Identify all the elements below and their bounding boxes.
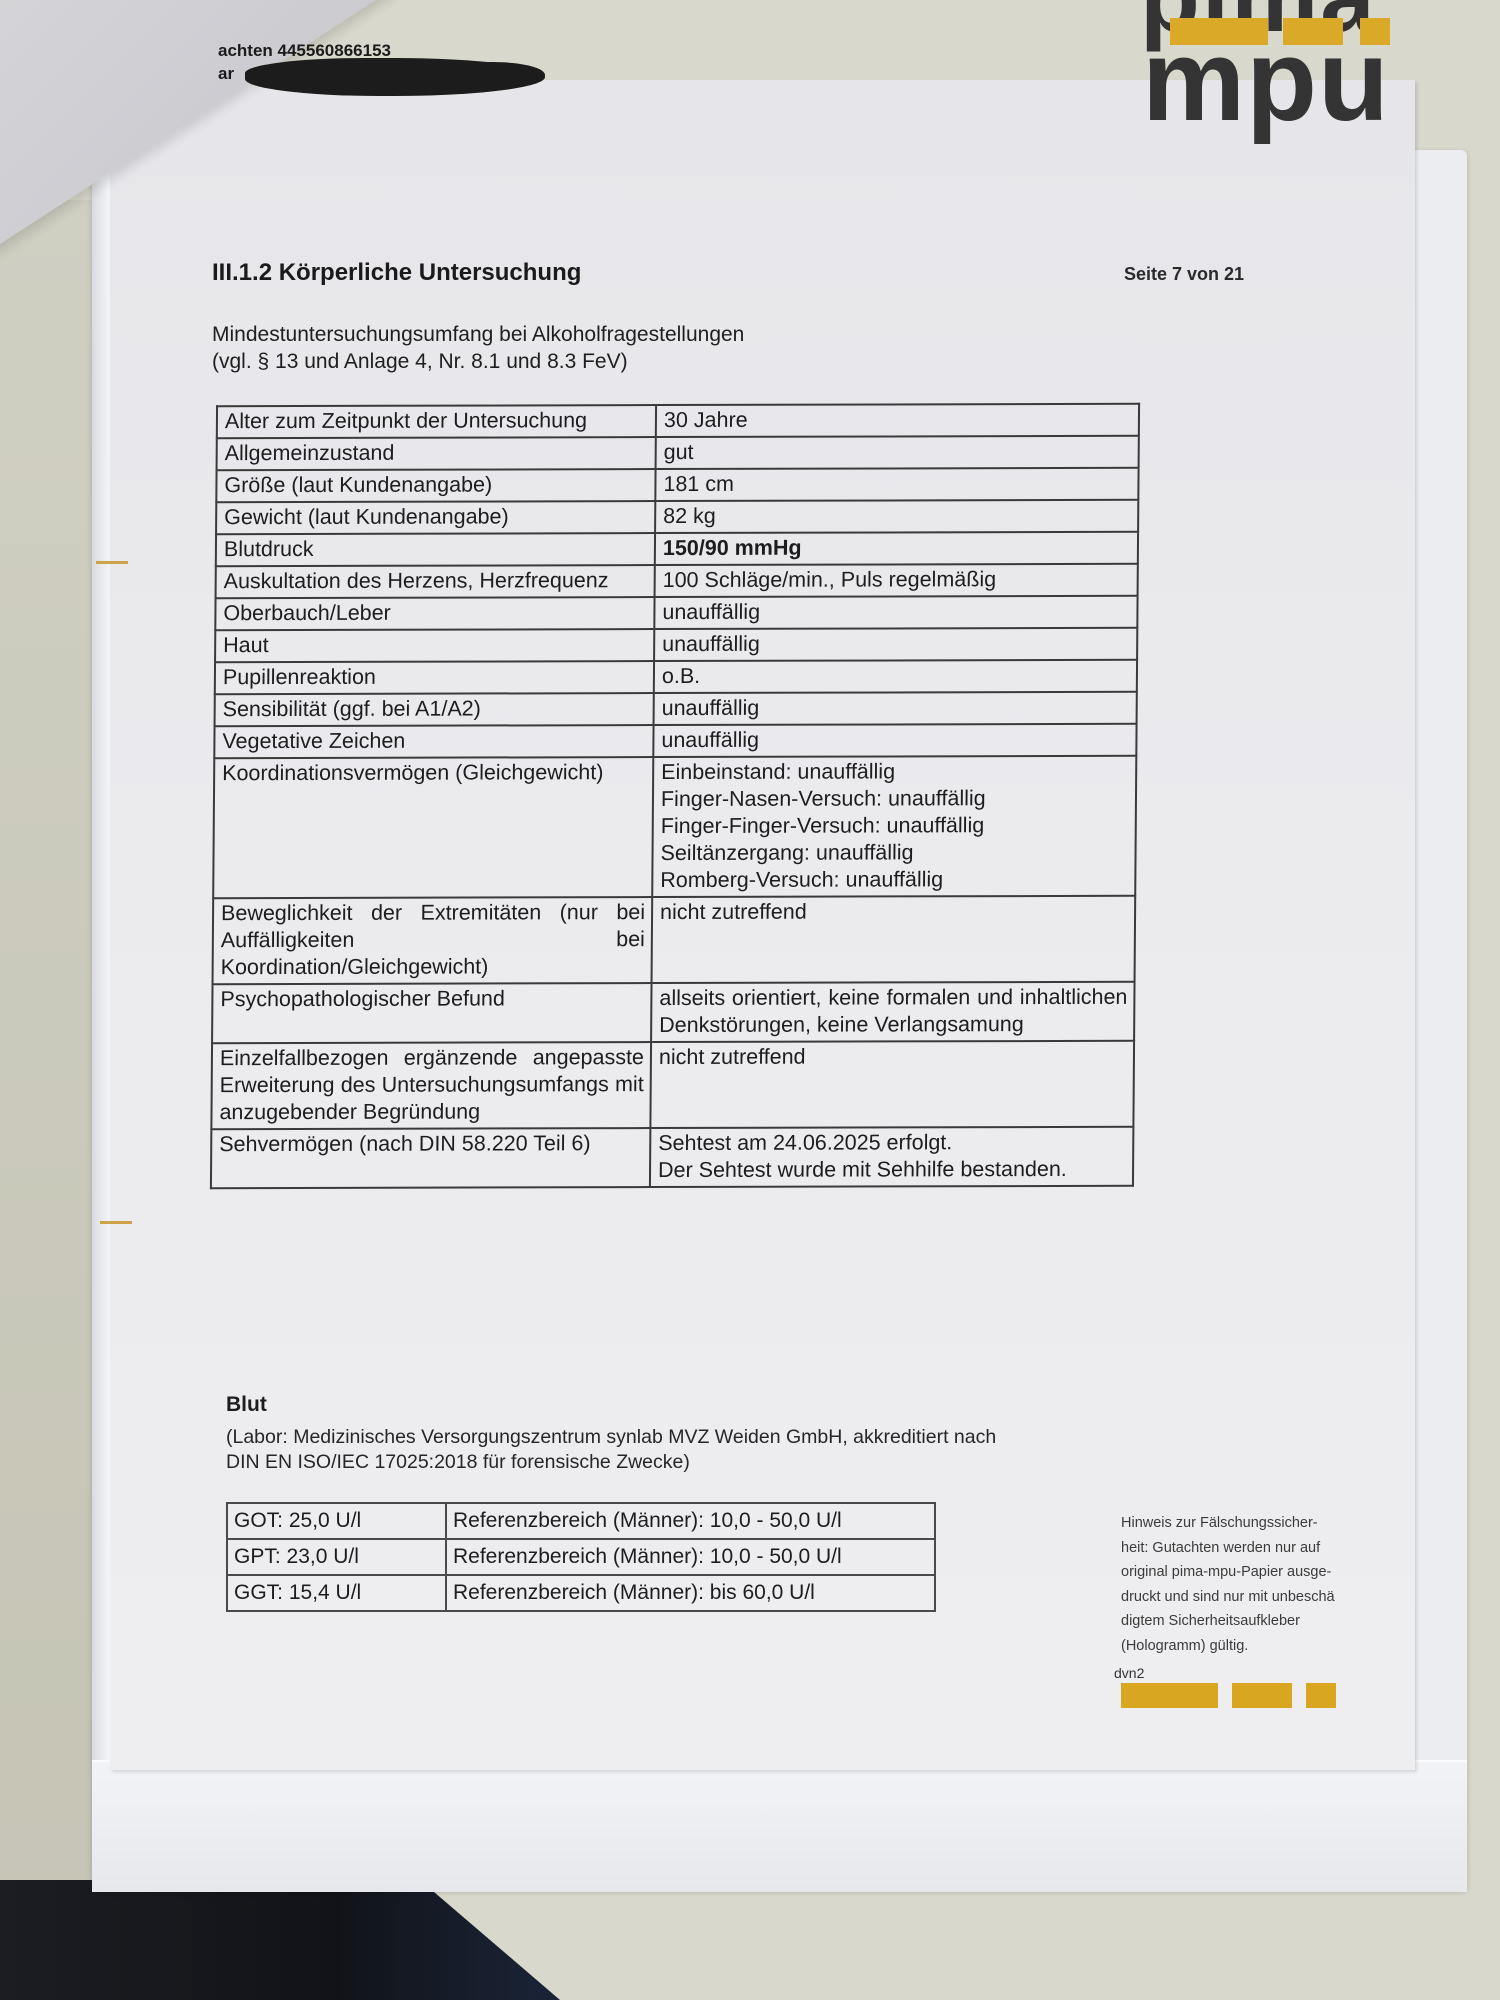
exam-label: Einzelfallbezogen ergänzende angepasste …	[211, 1042, 651, 1129]
exam-value: 30 Jahre	[656, 404, 1139, 437]
exam-value: 82 kg	[655, 500, 1138, 533]
blood-section-title: Blut	[226, 1393, 267, 1417]
table-row: Auskultation des Herzens, Herzfrequenz10…	[216, 564, 1138, 598]
table-row: Beweglichkeit der Extremitäten (nur bei …	[213, 896, 1136, 984]
footer-bar	[1232, 1683, 1292, 1708]
exam-value: o.B.	[654, 660, 1137, 693]
table-row: Einzelfallbezogen ergänzende angepasste …	[211, 1041, 1134, 1129]
examination-table: Alter zum Zeitpunkt der Untersuchung30 J…	[210, 403, 1140, 1189]
exam-value: unauffällig	[653, 724, 1136, 757]
lab-reference: Referenzbereich (Männer): 10,0 - 50,0 U/…	[446, 1539, 935, 1575]
security-note-line: druckt und sind nur mit unbeschä	[1121, 1585, 1386, 1610]
exam-label: Oberbauch/Leber	[215, 597, 654, 630]
reference-line-2: ar	[218, 64, 234, 84]
redaction-mark	[440, 62, 545, 88]
security-note-line: original pima-mpu-Papier ausge-	[1121, 1560, 1386, 1585]
footer-bar	[1121, 1683, 1218, 1708]
page-number: Seite 7 von 21	[1124, 264, 1244, 285]
security-note-line: Hinweis zur Fälschungssicher-	[1121, 1511, 1386, 1536]
table-row: Allgemeinzustandgut	[217, 436, 1139, 470]
background-wall	[0, 200, 95, 1920]
table-row: GOT: 25,0 U/l Referenzbereich (Männer): …	[227, 1503, 935, 1539]
table-row: Größe (laut Kundenangabe)181 cm	[216, 468, 1138, 502]
blood-values-table: GOT: 25,0 U/l Referenzbereich (Männer): …	[226, 1502, 936, 1612]
table-row: GGT: 15,4 U/l Referenzbereich (Männer): …	[227, 1575, 935, 1611]
section-intro: Mindestuntersuchungsumfang bei Alkoholfr…	[212, 321, 744, 375]
table-row: Sensibilität (ggf. bei A1/A2)unauffällig	[215, 692, 1137, 726]
section-title: III.1.2 Körperliche Untersuchung	[212, 259, 581, 287]
table-row: Koordinationsvermögen (Gleichgewicht)Ein…	[213, 756, 1136, 898]
exam-label: Psychopathologischer Befund	[212, 983, 651, 1043]
table-row: Sehvermögen (nach DIN 58.220 Teil 6)Seht…	[211, 1127, 1133, 1188]
security-note-line: digtem Sicherheitsaufkleber	[1121, 1609, 1386, 1634]
footer-bar	[1306, 1683, 1336, 1708]
table-row: Oberbauch/Leberunauffällig	[215, 596, 1137, 630]
exam-value: 100 Schläge/min., Puls regelmäßig	[655, 564, 1138, 597]
exam-value: Sehtest am 24.06.2025 erfolgt.Der Sehtes…	[650, 1127, 1133, 1187]
exam-label: Größe (laut Kundenangabe)	[216, 469, 655, 502]
exam-value-line: Finger-Finger-Versuch: unauffällig	[661, 812, 1129, 840]
exam-value-line: Der Sehtest wurde mit Sehhilfe bestanden…	[658, 1156, 1126, 1184]
exam-value: gut	[656, 436, 1139, 469]
lab-reference: Referenzbereich (Männer): 10,0 - 50,0 U/…	[446, 1503, 935, 1539]
document-code: dvn2	[1114, 1665, 1144, 1681]
table-row: Alter zum Zeitpunkt der Untersuchung30 J…	[217, 404, 1139, 438]
exam-value-line: Romberg-Versuch: unauffällig	[660, 866, 1128, 894]
exam-value-line: Finger-Nasen-Versuch: unauffällig	[661, 785, 1129, 813]
exam-value: 150/90 mmHg	[655, 532, 1138, 565]
background-dark-object	[0, 1880, 560, 2000]
lab-parameter: GPT: 23,0 U/l	[227, 1539, 446, 1575]
exam-label: Sehvermögen (nach DIN 58.220 Teil 6)	[211, 1128, 650, 1188]
table-row: GPT: 23,0 U/l Referenzbereich (Männer): …	[227, 1539, 935, 1575]
exam-value: unauffällig	[654, 596, 1137, 629]
lab-info-line: (Labor: Medizinisches Versorgungszentrum…	[226, 1425, 996, 1450]
lab-parameter: GGT: 15,4 U/l	[227, 1575, 446, 1611]
exam-label: Beweglichkeit der Extremitäten (nur bei …	[213, 897, 653, 984]
exam-label: Sensibilität (ggf. bei A1/A2)	[215, 693, 654, 726]
table-row: Pupillenreaktiono.B.	[215, 660, 1137, 694]
table-row: Hautunauffällig	[215, 628, 1137, 662]
table-row: Blutdruck150/90 mmHg	[216, 532, 1138, 566]
page-edge-strip	[92, 180, 110, 1760]
exam-value: 181 cm	[655, 468, 1138, 501]
intro-line: (vgl. § 13 und Anlage 4, Nr. 8.1 und 8.3…	[212, 348, 744, 375]
exam-value: Einbeinstand: unauffälligFinger-Nasen-Ve…	[652, 756, 1136, 897]
exam-value: nicht zutreffend	[650, 1041, 1134, 1128]
table-row: Psychopathologischer Befundallseits orie…	[212, 982, 1134, 1043]
exam-value: allseits orientiert, keine formalen und …	[651, 982, 1134, 1042]
exam-label: Haut	[215, 629, 654, 662]
exam-value-line: Einbeinstand: unauffällig	[661, 758, 1129, 786]
security-note-line: (Hologramm) gültig.	[1121, 1634, 1386, 1659]
security-note: Hinweis zur Fälschungssicher- heit: Guta…	[1121, 1511, 1386, 1658]
exam-value: nicht zutreffend	[652, 896, 1136, 983]
table-row: Gewicht (laut Kundenangabe)82 kg	[216, 500, 1138, 534]
exam-value-line: Sehtest am 24.06.2025 erfolgt.	[658, 1129, 1126, 1157]
lab-info-line: DIN EN ISO/IEC 17025:2018 für forensisch…	[226, 1450, 996, 1475]
staple-mark	[96, 561, 128, 564]
exam-label: Koordinationsvermögen (Gleichgewicht)	[213, 757, 653, 898]
intro-line: Mindestuntersuchungsumfang bei Alkoholfr…	[212, 321, 744, 348]
exam-label: Auskultation des Herzens, Herzfrequenz	[216, 565, 655, 598]
exam-value: unauffällig	[654, 628, 1137, 661]
folder-bottom-flap	[92, 1760, 1467, 1892]
exam-label: Allgemeinzustand	[217, 437, 656, 470]
exam-label: Pupillenreaktion	[215, 661, 654, 694]
exam-label: Alter zum Zeitpunkt der Untersuchung	[217, 405, 656, 438]
lab-parameter: GOT: 25,0 U/l	[227, 1503, 446, 1539]
lab-reference: Referenzbereich (Männer): bis 60,0 U/l	[446, 1575, 935, 1611]
staple-mark	[100, 1221, 132, 1224]
logo-bottom-text: mpu	[1142, 22, 1390, 138]
exam-label: Vegetative Zeichen	[214, 725, 653, 758]
table-row: Vegetative Zeichenunauffällig	[214, 724, 1136, 758]
exam-label: Gewicht (laut Kundenangabe)	[216, 501, 655, 534]
exam-value-line: Seiltänzergang: unauffällig	[660, 839, 1128, 867]
lab-info: (Labor: Medizinisches Versorgungszentrum…	[226, 1425, 996, 1475]
exam-label: Blutdruck	[216, 533, 655, 566]
security-note-line: heit: Gutachten werden nur auf	[1121, 1536, 1386, 1561]
exam-value: unauffällig	[654, 692, 1137, 725]
